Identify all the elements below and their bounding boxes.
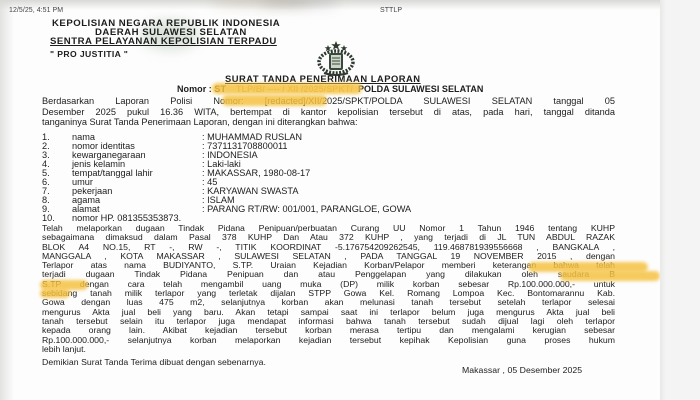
closing-statement: Demikian Surat Tanda Terima dibuat denga… bbox=[42, 357, 266, 367]
body-line: Telah melaporkan dugaan Tindak Pidana Pe… bbox=[42, 224, 615, 233]
intro-paragraph: Berdasarkan Laporan Polisi Nomor: [redac… bbox=[42, 96, 615, 128]
scan-margin bbox=[665, 0, 700, 400]
pro-justitia-motto: " PRO JUSTITIA " bbox=[50, 49, 128, 59]
page-edge bbox=[660, 0, 666, 400]
document-number-suffix: POLDA SULAWESI SELATAN bbox=[358, 84, 483, 94]
intro-line: tanganinya Surat Tanda Penerimaan Lapora… bbox=[42, 117, 615, 128]
redaction-highlight bbox=[212, 83, 362, 94]
redaction-highlight bbox=[560, 271, 660, 281]
print-timestamp: 12/5/25, 4:51 PM bbox=[9, 6, 63, 16]
body-line: MANGGALA , KOTA MAKASSAR , SULAWESI SELA… bbox=[42, 252, 615, 261]
body-line: sebagaimana dimaksud dalam Pasal 378 KUH… bbox=[42, 233, 615, 242]
redaction-highlight bbox=[222, 95, 327, 106]
intro-line: Berdasarkan Laporan Polisi Nomor: [redac… bbox=[42, 96, 615, 107]
body-line: lebih lanjut. bbox=[42, 345, 615, 354]
body-line: kepada orang lain. Akibat kejadian terse… bbox=[42, 326, 615, 335]
body-line: sebidang tanah milik terlapor yang terle… bbox=[42, 289, 615, 298]
body-line: BLOK A4 NO.15, RT -, RW -, TITIK KOORDIN… bbox=[42, 243, 615, 252]
body-line: mengurus Akta jual beli yang baru. Akan … bbox=[42, 308, 615, 317]
scan-smudge bbox=[210, 0, 310, 6]
intro-line: Desember 2025 pukul 16.36 WITA, bertempa… bbox=[42, 107, 615, 118]
body-line: Gowa dengan luas 475 m2, selanjutnya kor… bbox=[42, 298, 615, 307]
letterhead-line-3: SENTRA PELAYANAN KEPOLISIAN TERPADU bbox=[50, 37, 277, 47]
body-line: terjadi dugaan Tindak Pidana Penipuan da… bbox=[42, 270, 615, 279]
document-code: STTLP bbox=[380, 6, 402, 16]
body-line: tanah tersebut selain itu terlapor juga … bbox=[42, 317, 615, 326]
redaction-highlight bbox=[40, 289, 70, 298]
place-date: Makassar , 05 Desember 2025 bbox=[462, 365, 582, 375]
field-row-phone: 10. nomor HP. 081355353873. bbox=[42, 213, 602, 223]
scan-shadow-left bbox=[0, 0, 14, 400]
scanned-document: 12/5/25, 4:51 PM STTLP KEPOLISIAN NEGARA… bbox=[0, 0, 665, 400]
body-line: Rp.100.000.000,- selanjutnya korban mela… bbox=[42, 336, 615, 345]
report-body-paragraph: Telah melaporkan dugaan Tindak Pidana Pe… bbox=[42, 224, 615, 354]
body-line: S.TP dengan cara telah mengambil uang mu… bbox=[42, 280, 615, 289]
police-crest-icon bbox=[312, 40, 360, 76]
